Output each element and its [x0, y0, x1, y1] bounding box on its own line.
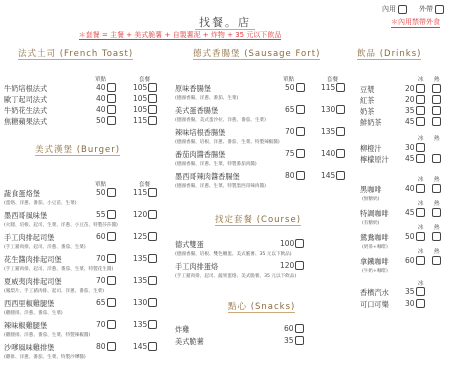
- menu-item-desc: (德國香腸、培根、雙色嫩蛋、美式脆薯、35 元以下飲品): [175, 251, 292, 257]
- set-price[interactable]: 135: [133, 320, 157, 329]
- price-value: 135: [321, 127, 335, 136]
- hot-checkbox[interactable]: [432, 95, 441, 104]
- hot-checkbox[interactable]: [432, 232, 441, 241]
- section-title-french-toast: 法式土司 (French Toast): [18, 47, 133, 60]
- drink-name: 香檳汽水: [360, 288, 389, 298]
- drink-price[interactable]: 35: [405, 106, 425, 115]
- price-value: 45: [405, 208, 415, 217]
- price-value: 115: [133, 188, 147, 197]
- order-checkbox[interactable]: [296, 83, 305, 92]
- order-checkbox[interactable]: [107, 276, 116, 285]
- drink-price[interactable]: 30: [405, 299, 425, 308]
- menu-item-name: 牛奶培根法式: [4, 84, 47, 94]
- single-header: 單點: [95, 180, 106, 188]
- take-out-checkbox[interactable]: [435, 5, 444, 14]
- order-checkbox[interactable]: [148, 298, 157, 307]
- order-checkbox[interactable]: [107, 116, 116, 125]
- single-header: 單點: [283, 75, 294, 83]
- ice-checkbox[interactable]: [416, 117, 425, 126]
- menu-item-name: 德式雙蛋: [175, 240, 204, 250]
- order-checkbox[interactable]: [296, 149, 305, 158]
- menu-item-name: 西西里椒雞腿堡: [4, 299, 54, 309]
- dine-options: 內用 外帶: [382, 4, 444, 14]
- price-value: 120: [133, 210, 147, 219]
- price-value: 65: [285, 105, 295, 114]
- price-value: 145: [321, 171, 335, 180]
- menu-item-desc: (德國香腸、洋蔥、番茄、生菜): [175, 95, 238, 101]
- drink-name: 可口可樂: [360, 300, 389, 310]
- single-price[interactable]: 80: [96, 342, 116, 351]
- order-checkbox[interactable]: [336, 171, 345, 180]
- drink-price[interactable]: 60: [405, 256, 425, 265]
- set-price[interactable]: 135: [133, 276, 157, 285]
- ice-checkbox[interactable]: [416, 106, 425, 115]
- price-value: 70: [96, 276, 106, 285]
- ice-checkbox[interactable]: [416, 256, 425, 265]
- single-price[interactable]: 40: [96, 94, 116, 103]
- take-out-label: 外帶: [419, 4, 433, 14]
- order-checkbox[interactable]: [148, 276, 157, 285]
- order-checkbox[interactable]: [148, 116, 157, 125]
- order-checkbox[interactable]: [107, 210, 116, 219]
- set-header: 套餐: [139, 75, 150, 83]
- order-checkbox[interactable]: [295, 336, 304, 345]
- menu-item-name: 沙嗲風味雞排堡: [4, 343, 54, 353]
- set-price[interactable]: 145: [133, 342, 157, 351]
- single-price[interactable]: 55: [96, 210, 116, 219]
- menu-item-desc: (德國香腸、培根、洋蔥、番茄、生菜、特製辣椒醬): [175, 139, 280, 145]
- price-value: 135: [133, 254, 147, 263]
- price-value: 55: [96, 210, 106, 219]
- drink-name: 鮮奶茶: [360, 118, 382, 128]
- menu-item-desc: (火腿、培根、起司、生菜、洋蔥、小豆苗、特製莎莎醬): [4, 222, 118, 228]
- set-price[interactable]: 115: [133, 188, 157, 197]
- order-checkbox[interactable]: [296, 105, 305, 114]
- single-price[interactable]: 75: [285, 149, 305, 158]
- price-value: 100: [280, 239, 294, 248]
- ice-checkbox[interactable]: [416, 95, 425, 104]
- ice-header: 冰: [418, 199, 424, 207]
- price-value: 70: [96, 254, 106, 263]
- menu-item-desc: (雞腿排、洋蔥、番茄、生菜、特製辣椒醬): [4, 332, 90, 338]
- hot-checkbox[interactable]: [432, 117, 441, 126]
- section-title-snacks: 點心 (Snacks): [228, 300, 295, 313]
- section-title-sausage: 德式香腸堡 (Sausage Fort): [193, 47, 320, 60]
- hot-checkbox[interactable]: [432, 154, 441, 163]
- order-checkbox[interactable]: [107, 254, 116, 263]
- price-value: 140: [321, 149, 335, 158]
- order-checkbox[interactable]: [148, 188, 157, 197]
- price-value: 60: [96, 232, 106, 241]
- set-price[interactable]: 135: [321, 127, 345, 136]
- price-value: 40: [96, 94, 106, 103]
- price-value: 105: [133, 105, 147, 114]
- hot-header: 熱: [434, 75, 440, 83]
- title-text: 找餐。店: [195, 16, 255, 30]
- ice-checkbox[interactable]: [416, 184, 425, 193]
- menu-item-name: 歐丁起司法式: [4, 95, 47, 105]
- drink-price[interactable]: 35: [405, 287, 425, 296]
- drink-price[interactable]: 45: [405, 154, 425, 163]
- set-price[interactable]: 115: [133, 116, 157, 125]
- order-checkbox[interactable]: [295, 261, 304, 270]
- single-price[interactable]: 50: [285, 83, 305, 92]
- order-checkbox[interactable]: [336, 83, 345, 92]
- ice-checkbox[interactable]: [416, 208, 425, 217]
- single-price[interactable]: 65: [96, 298, 116, 307]
- order-checkbox[interactable]: [107, 83, 116, 92]
- drink-price[interactable]: 50: [405, 232, 425, 241]
- price-value: 20: [405, 84, 415, 93]
- ice-header: 冰: [418, 75, 424, 83]
- price-value: 135: [133, 320, 147, 329]
- single-price[interactable]: 70: [96, 320, 116, 329]
- price-value: 40: [405, 184, 415, 193]
- menu-item-desc: (鳳梨片、手工豬肉排、起司、洋蔥、番茄、生菜): [4, 288, 104, 294]
- price-value: 115: [133, 116, 147, 125]
- price-value: 120: [280, 261, 294, 270]
- hot-header: 熱: [434, 134, 440, 142]
- order-checkbox[interactable]: [148, 105, 157, 114]
- section-title-course: 找定套餐 (Course): [215, 213, 301, 226]
- price-value: 50: [96, 116, 106, 125]
- price-value: 135: [133, 276, 147, 285]
- order-checkbox[interactable]: [336, 127, 345, 136]
- ice-checkbox[interactable]: [416, 287, 425, 296]
- order-checkbox[interactable]: [296, 127, 305, 136]
- price-value: 65: [96, 298, 106, 307]
- order-checkbox[interactable]: [148, 94, 157, 103]
- no-outside-food-notice: ＊內用禁帶外食: [391, 17, 440, 28]
- ice-header: 冰: [418, 223, 424, 231]
- menu-item-name: 夏威夷肉排起司堡: [4, 277, 62, 287]
- hot-header: 熱: [434, 199, 440, 207]
- price-value: 70: [96, 320, 106, 329]
- drink-price[interactable]: 40: [405, 184, 425, 193]
- single-price[interactable]: 80: [285, 171, 305, 180]
- single-price[interactable]: 70: [96, 254, 116, 263]
- price-value: 35: [405, 287, 415, 296]
- set-price[interactable]: 125: [133, 232, 157, 241]
- menu-item-desc: (德國香腸、洋蔥、生菜、特製番茄肉醬): [175, 161, 257, 167]
- ice-checkbox[interactable]: [416, 154, 425, 163]
- dine-in-label: 內用: [382, 4, 396, 14]
- menu-item-name: 牛奶花生法式: [4, 106, 47, 116]
- set-price[interactable]: 105: [133, 94, 157, 103]
- drink-price[interactable]: 30: [405, 143, 425, 152]
- order-checkbox[interactable]: [148, 232, 157, 241]
- price-value: 60: [405, 256, 415, 265]
- dine-in-option[interactable]: 內用: [382, 4, 407, 14]
- page-title: 找餐。店: [0, 14, 450, 30]
- ice-checkbox[interactable]: [416, 299, 425, 308]
- drink-desc: (奶茶+咖啡): [362, 244, 388, 250]
- price-value: 130: [321, 105, 335, 114]
- single-price[interactable]: 40: [96, 83, 116, 92]
- price-value: 80: [96, 342, 106, 351]
- drink-name: 拿鐵咖啡: [360, 257, 389, 267]
- rule-text: ＊套餐 = 主餐 + 美式脆薯 + 自製薯泥 + 炸物 + 35 元以下飲品: [79, 31, 282, 40]
- price-value: 105: [133, 94, 147, 103]
- hot-header: 熱: [434, 175, 440, 183]
- order-checkbox[interactable]: [148, 210, 157, 219]
- hot-checkbox[interactable]: [432, 84, 441, 93]
- drink-name: 特調咖啡: [360, 209, 389, 219]
- set-price[interactable]: 115: [321, 83, 345, 92]
- order-checkbox[interactable]: [107, 320, 116, 329]
- price-value: 125: [133, 232, 147, 241]
- section-title-burger: 美式漢堡 (Burger): [35, 143, 120, 156]
- menu-item-desc: (手工豬肉排、起司、洋蔥、番茄、生菜): [4, 244, 86, 250]
- drink-name: 鴛鴦咖啡: [360, 233, 389, 243]
- price-value: 30: [405, 299, 415, 308]
- menu-item-desc: (德國香腸、洋蔥、生菜、特製墨西哥辣肉醬): [175, 183, 266, 189]
- ice-checkbox[interactable]: [416, 143, 425, 152]
- set-price[interactable]: 105: [133, 105, 157, 114]
- menu-item-name: 花生醬肉排起司堡: [4, 255, 62, 265]
- menu-item-name: 美式蛋香腸堡: [175, 106, 218, 116]
- drink-desc: (無糖奶): [362, 196, 379, 202]
- snack-price[interactable]: 60: [284, 324, 304, 333]
- menu-item-name: 焦糖蘋果法式: [4, 117, 47, 127]
- set-price[interactable]: 145: [321, 171, 345, 180]
- menu-item-desc: (手工豬肉排、起司、洋蔥、番茄、生菜、特製花生醬): [4, 266, 113, 272]
- order-checkbox[interactable]: [148, 254, 157, 263]
- menu-item-name: 美式脆薯: [175, 337, 204, 347]
- menu-item-name: 墨西哥辣肉醬香腸堡: [175, 172, 240, 182]
- take-out-option[interactable]: 外帶: [419, 4, 444, 14]
- price-value: 30: [405, 143, 415, 152]
- price-value: 40: [96, 83, 106, 92]
- order-checkbox[interactable]: [107, 342, 116, 351]
- ice-header: 冰: [418, 134, 424, 142]
- order-checkbox[interactable]: [295, 239, 304, 248]
- single-price[interactable]: 65: [285, 105, 305, 114]
- set-price[interactable]: 135: [133, 254, 157, 263]
- set-meal-rule: ＊套餐 = 主餐 + 美式脆薯 + 自製薯泥 + 炸物 + 35 元以下飲品: [40, 30, 320, 40]
- drink-name: 黑咖啡: [360, 185, 382, 195]
- price-value: 80: [285, 171, 295, 180]
- order-checkbox[interactable]: [295, 324, 304, 333]
- course-price[interactable]: 100: [280, 239, 304, 248]
- set-header: 套餐: [139, 180, 150, 188]
- price-value: 35: [284, 336, 294, 345]
- hot-checkbox[interactable]: [432, 256, 441, 265]
- price-value: 45: [405, 117, 415, 126]
- menu-item-name: 手工肉排蛋烙: [175, 262, 218, 272]
- set-price[interactable]: 140: [321, 149, 345, 158]
- menu-item-name: 蔬食蛋烙堡: [4, 189, 40, 199]
- course-price[interactable]: 120: [280, 261, 304, 270]
- ice-checkbox[interactable]: [416, 84, 425, 93]
- set-price[interactable]: 105: [133, 83, 157, 92]
- ice-header: 冰: [418, 279, 424, 287]
- menu-item-desc: (雞排、洋蔥、番茄、生菜、特製沙嗲醬): [4, 354, 86, 360]
- order-checkbox[interactable]: [148, 320, 157, 329]
- hot-header: 熱: [434, 223, 440, 231]
- price-value: 60: [284, 324, 294, 333]
- order-checkbox[interactable]: [336, 105, 345, 114]
- menu-item-name: 辣味椒雞腿堡: [4, 321, 47, 331]
- order-checkbox[interactable]: [107, 188, 116, 197]
- price-value: 75: [285, 149, 295, 158]
- section-title-drinks: 飲品 (Drinks): [357, 47, 421, 60]
- menu-item-desc: (手工豬肉排、起司、蔬果蛋烙、美式脆薯、35 元以下飲品): [175, 273, 296, 279]
- price-value: 105: [133, 83, 147, 92]
- order-checkbox[interactable]: [107, 105, 116, 114]
- menu-item-desc: (德國香腸、美式蛋沙拉、洋蔥、番茄、生菜): [175, 117, 266, 123]
- menu-item-name: 手工肉排起司堡: [4, 233, 54, 243]
- menu-item-desc: (蛋烙、洋蔥、番茄、小豆苗、生菜): [4, 200, 77, 206]
- drink-name: 紅茶: [360, 96, 374, 106]
- menu-item-desc: (雞腿排、洋蔥、番茄、生菜): [4, 310, 63, 316]
- price-value: 50: [285, 83, 295, 92]
- order-checkbox[interactable]: [107, 94, 116, 103]
- drink-price[interactable]: 45: [405, 117, 425, 126]
- price-value: 50: [405, 232, 415, 241]
- ice-header: 冰: [418, 247, 424, 255]
- single-price[interactable]: 50: [96, 188, 116, 197]
- menu-item-name: 番茄肉醬香腸堡: [175, 150, 225, 160]
- single-header: 單點: [95, 75, 106, 83]
- hot-header: 熱: [434, 247, 440, 255]
- price-value: 70: [285, 127, 295, 136]
- drink-price[interactable]: 20: [405, 95, 425, 104]
- single-price[interactable]: 40: [96, 105, 116, 114]
- hot-checkbox[interactable]: [432, 106, 441, 115]
- drink-name: 柳橙汁: [360, 144, 382, 154]
- order-checkbox[interactable]: [107, 232, 116, 241]
- ice-checkbox[interactable]: [416, 232, 425, 241]
- hot-checkbox[interactable]: [432, 184, 441, 193]
- price-value: 115: [321, 83, 335, 92]
- price-value: 145: [133, 342, 147, 351]
- order-checkbox[interactable]: [148, 342, 157, 351]
- dine-in-checkbox[interactable]: [398, 5, 407, 14]
- drink-name: 豆漿: [360, 85, 374, 95]
- snack-price[interactable]: 35: [284, 336, 304, 345]
- single-price[interactable]: 70: [96, 276, 116, 285]
- price-value: 35: [405, 106, 415, 115]
- drink-name: 奶茶: [360, 107, 374, 117]
- menu-item-name: 墨西哥風味堡: [4, 211, 47, 221]
- menu-item-name: 辣味培根香腸堡: [175, 128, 225, 138]
- price-value: 45: [405, 154, 415, 163]
- menu-item-name: 炸雞: [175, 325, 189, 335]
- set-header: 套餐: [327, 75, 338, 83]
- drink-desc: (有糖奶): [362, 220, 379, 226]
- drink-price[interactable]: 20: [405, 84, 425, 93]
- price-value: 20: [405, 95, 415, 104]
- price-value: 40: [96, 105, 106, 114]
- price-value: 50: [96, 188, 106, 197]
- single-price[interactable]: 60: [96, 232, 116, 241]
- order-checkbox[interactable]: [296, 171, 305, 180]
- order-checkbox[interactable]: [148, 83, 157, 92]
- set-price[interactable]: 130: [321, 105, 345, 114]
- price-value: 130: [133, 298, 147, 307]
- ice-header: 冰: [418, 175, 424, 183]
- set-price[interactable]: 130: [133, 298, 157, 307]
- drink-desc: (牛奶+咖啡): [362, 268, 388, 274]
- single-price[interactable]: 50: [96, 116, 116, 125]
- set-price[interactable]: 120: [133, 210, 157, 219]
- order-checkbox[interactable]: [336, 149, 345, 158]
- menu-item-name: 原味香腸堡: [175, 84, 211, 94]
- single-price[interactable]: 70: [285, 127, 305, 136]
- drink-price[interactable]: 45: [405, 208, 425, 217]
- drink-name: 檸檬原汁: [360, 155, 389, 165]
- hot-checkbox[interactable]: [432, 208, 441, 217]
- order-checkbox[interactable]: [107, 298, 116, 307]
